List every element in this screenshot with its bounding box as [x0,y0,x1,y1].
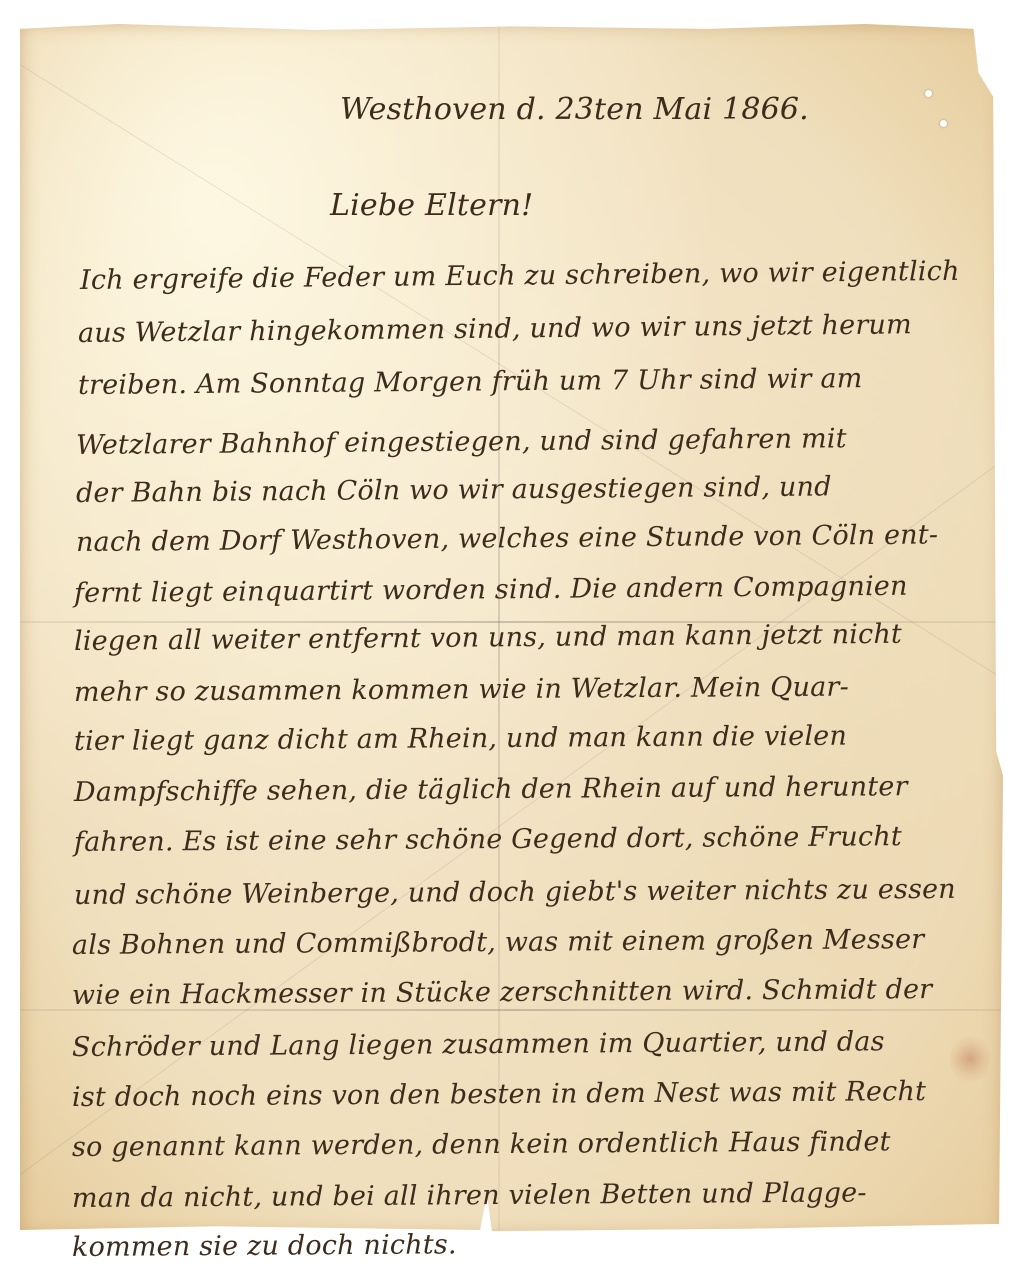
body-line: ist doch noch eins von den besten in dem… [72,1076,926,1113]
body-line: kommen sie zu doch nichts. [72,1229,457,1263]
pin-hole [925,90,932,97]
dateline-separator: d. [517,92,546,127]
dateline-date: 23ten Mai 1866. [555,92,808,127]
body-line: als Bohnen und Commißbrodt, was mit eine… [72,924,925,961]
body-line: man da nicht, und bei all ihren vielen B… [72,1177,867,1214]
dateline-place: Westhoven [340,92,507,127]
body-line: fahren. Es ist eine sehr schöne Gegend d… [74,821,902,858]
body-line: mehr so zusammen kommen wie in Wetzlar. … [74,672,849,708]
body-line: Schröder und Lang liegen zusammen im Qua… [72,1026,885,1063]
body-line: wie ein Hackmesser in Stücke zerschnitte… [72,974,933,1011]
stain-mark [950,1034,990,1084]
body-line: und schöne Weinberge, und doch giebt's w… [74,874,956,911]
dateline: Westhoven d. 23ten Mai 1866. [340,92,809,127]
body-line: Dampfschiffe sehen, die täglich den Rhei… [74,771,908,808]
body-line: tier liegt ganz dicht am Rhein, und man … [74,721,847,757]
pin-hole [940,120,947,127]
salutation: Liebe Eltern! [330,188,533,223]
body-line: der Bahn bis nach Cöln wo wir ausgestieg… [76,471,832,509]
body-line: so genannt kann werden, denn kein ordent… [72,1126,891,1163]
